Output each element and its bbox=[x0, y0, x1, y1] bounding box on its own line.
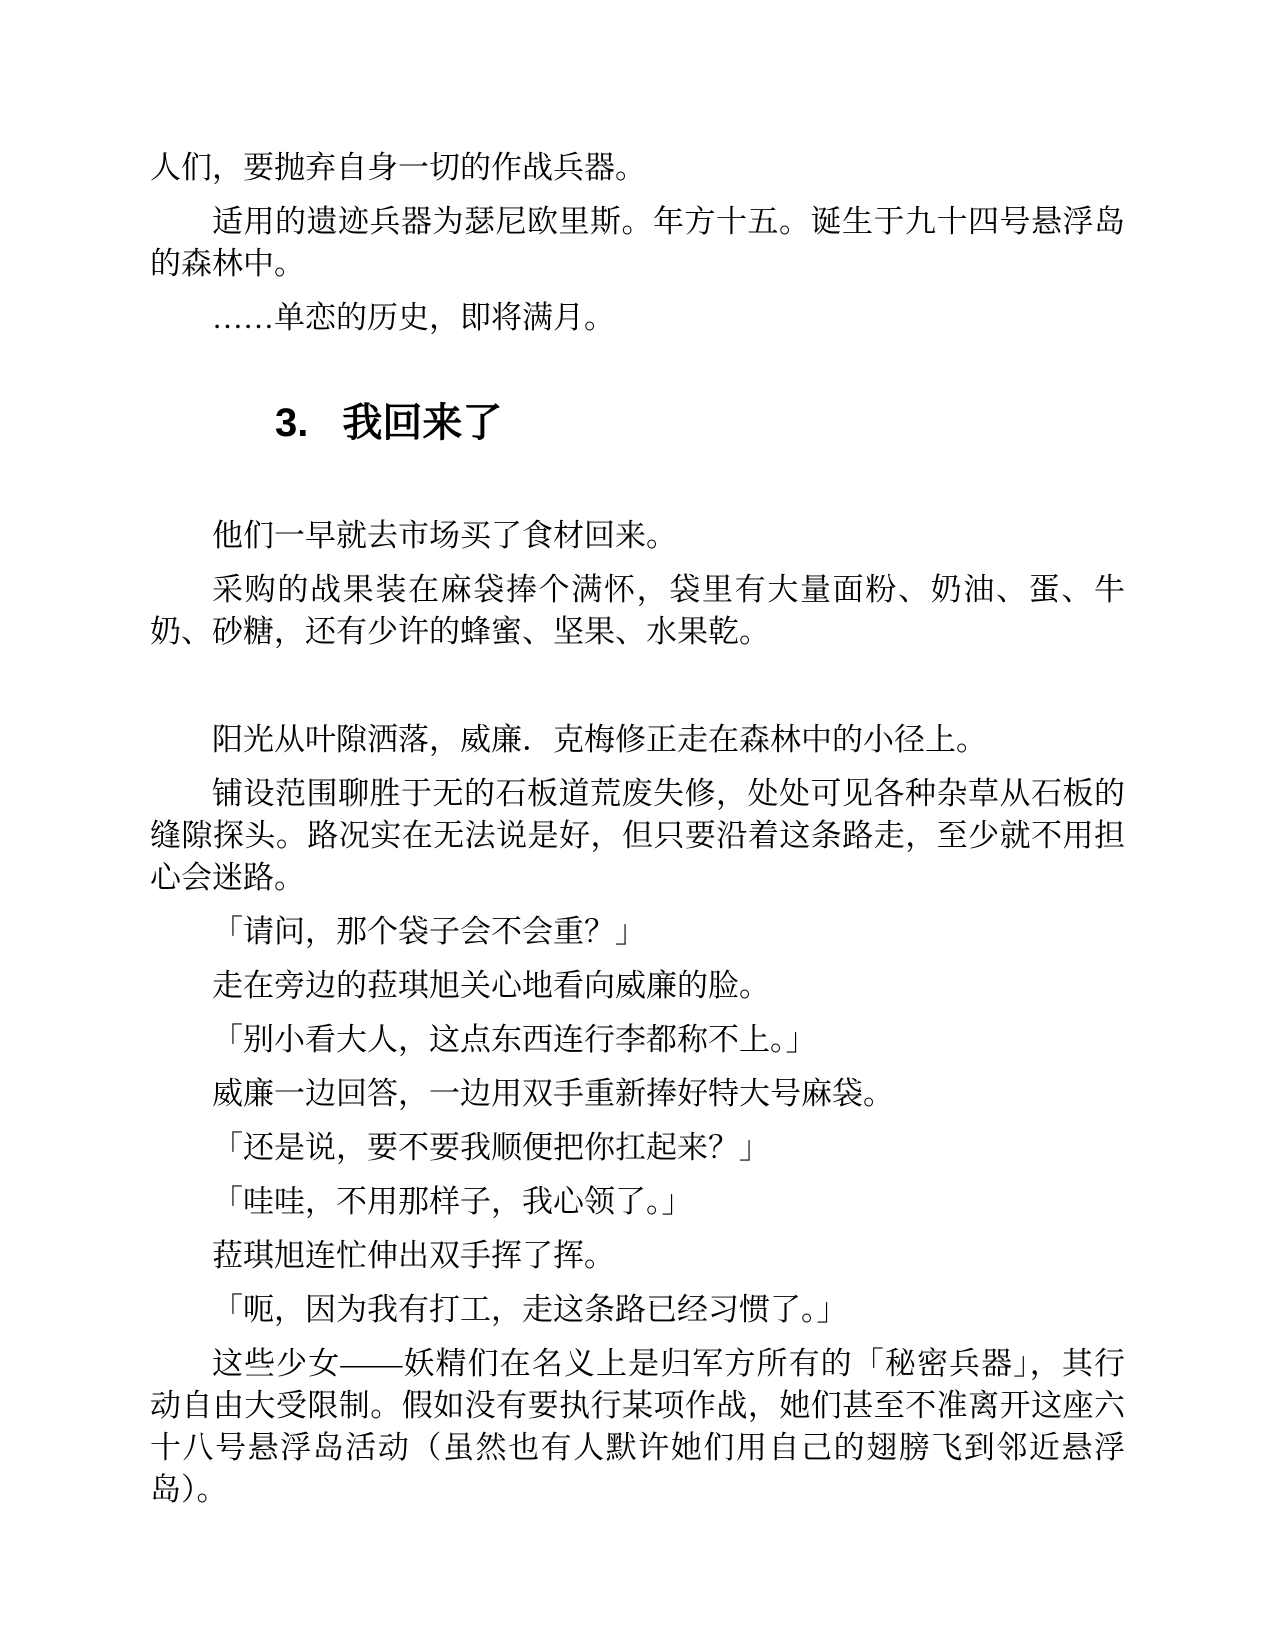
paragraph: 采购的战果装在麻袋捧个满怀，袋里有大量面粉、奶油、蛋、牛奶、砂糖，还有少许的蜂蜜… bbox=[150, 569, 1125, 653]
page: { "page": { "background": "#ffffff", "in… bbox=[0, 0, 1275, 1650]
paragraph: 威廉一边回答，一边用双手重新捧好特大号麻袋。 bbox=[150, 1073, 1125, 1115]
dialogue-paragraph: 「请问，那个袋子会不会重？」 bbox=[150, 911, 1125, 953]
paragraph: 适用的遗迹兵器为瑟尼欧里斯。年方十五。诞生于九十四号悬浮岛的森林中。 bbox=[150, 201, 1125, 285]
paragraph: 他们一早就去市场买了食材回来。 bbox=[150, 515, 1125, 557]
paragraph: 人们，要抛弃自身一切的作战兵器。 bbox=[150, 147, 1125, 189]
dialogue-paragraph: 「还是说，要不要我顺便把你扛起来？」 bbox=[150, 1127, 1125, 1169]
chapter-number: 3. bbox=[275, 401, 308, 445]
dialogue-paragraph: 「哇哇，不用那样子，我心领了。」 bbox=[150, 1181, 1125, 1223]
paragraph: 铺设范围聊胜于无的石板道荒废失修，处处可见各种杂草从石板的缝隙探头。路况实在无法… bbox=[150, 773, 1125, 899]
paragraph: 走在旁边的菈琪旭关心地看向威廉的脸。 bbox=[150, 965, 1125, 1007]
blank-line bbox=[150, 665, 1125, 719]
paragraph: 菈琪旭连忙伸出双手挥了挥。 bbox=[150, 1235, 1125, 1277]
document-body: 人们，要抛弃自身一切的作战兵器。 适用的遗迹兵器为瑟尼欧里斯。年方十五。诞生于九… bbox=[0, 0, 1275, 1650]
chapter-title: 我回来了 bbox=[342, 401, 502, 445]
dialogue-paragraph: 「呃，因为我有打工，走这条路已经习惯了。」 bbox=[150, 1289, 1125, 1331]
paragraph: 阳光从叶隙洒落，威廉．克梅修正走在森林中的小径上。 bbox=[150, 719, 1125, 761]
paragraph: ……单恋的历史，即将满月。 bbox=[150, 297, 1125, 339]
dialogue-paragraph: 「别小看大人，这点东西连行李都称不上。」 bbox=[150, 1019, 1125, 1061]
chapter-heading: 3.我回来了 bbox=[275, 397, 1125, 449]
paragraph: 这些少女——妖精们在名义上是归军方所有的「秘密兵器」，其行动自由大受限制。假如没… bbox=[150, 1343, 1125, 1511]
